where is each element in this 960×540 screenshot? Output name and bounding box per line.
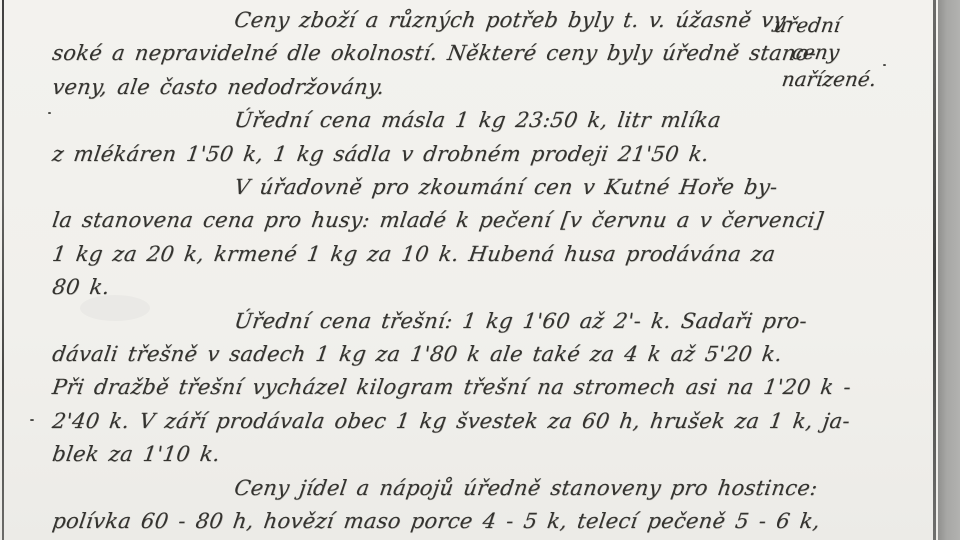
handwritten-line: veny, ale často nedodržovány. (50, 71, 785, 104)
handwritten-line: blek za 1'10 k. (50, 438, 785, 471)
handwritten-line: Ceny jídel a nápojů úředně stanoveny pro… (50, 472, 785, 505)
handwritten-line: V úřadovně pro zkoumání cen v Kutné Hoře… (50, 171, 785, 204)
handwritten-line: Při dražbě třešní vycházel kilogram třeš… (50, 371, 785, 404)
handwritten-line: polívka 60 - 80 h, hovězí maso porce 4 -… (50, 505, 785, 538)
handwritten-line: la stanovena cena pro husy: mladé k peče… (50, 204, 785, 237)
handwritten-line: Ceny zboží a různých potřeb byly t. v. ú… (50, 4, 785, 37)
ink-speck (30, 419, 34, 421)
handwritten-line: 80 k. (50, 271, 785, 304)
handwritten-line: soké a nepravidelné dle okolností. Někte… (50, 37, 785, 70)
handwritten-line: 2'40 k. V září prodávala obec 1 kg švest… (50, 405, 785, 438)
handwritten-line: dávali třešně v sadech 1 kg za 1'80 k al… (50, 338, 785, 371)
handwritten-line: z mlékáren 1'50 k, 1 kg sádla v drobném … (50, 138, 785, 171)
margin-note: úřednícenynařízené. (772, 12, 942, 93)
handwritten-line: Úřední cena másla 1 kg 23:50 k, litr mlí… (50, 104, 785, 137)
manuscript-text-block: Ceny zboží a různých potřeb byly t. v. ú… (50, 4, 780, 539)
margin-note-line: nařízené. (772, 66, 946, 93)
margin-note-line: úřední (772, 12, 946, 39)
scan-left-edge-line (2, 0, 4, 540)
handwritten-line: 1 kg za 20 k, krmené 1 kg za 10 k. Huben… (50, 238, 785, 271)
handwritten-line: Úřední cena třešní: 1 kg 1'60 až 2'- k. … (50, 305, 785, 338)
margin-note-line: ceny (772, 39, 946, 66)
